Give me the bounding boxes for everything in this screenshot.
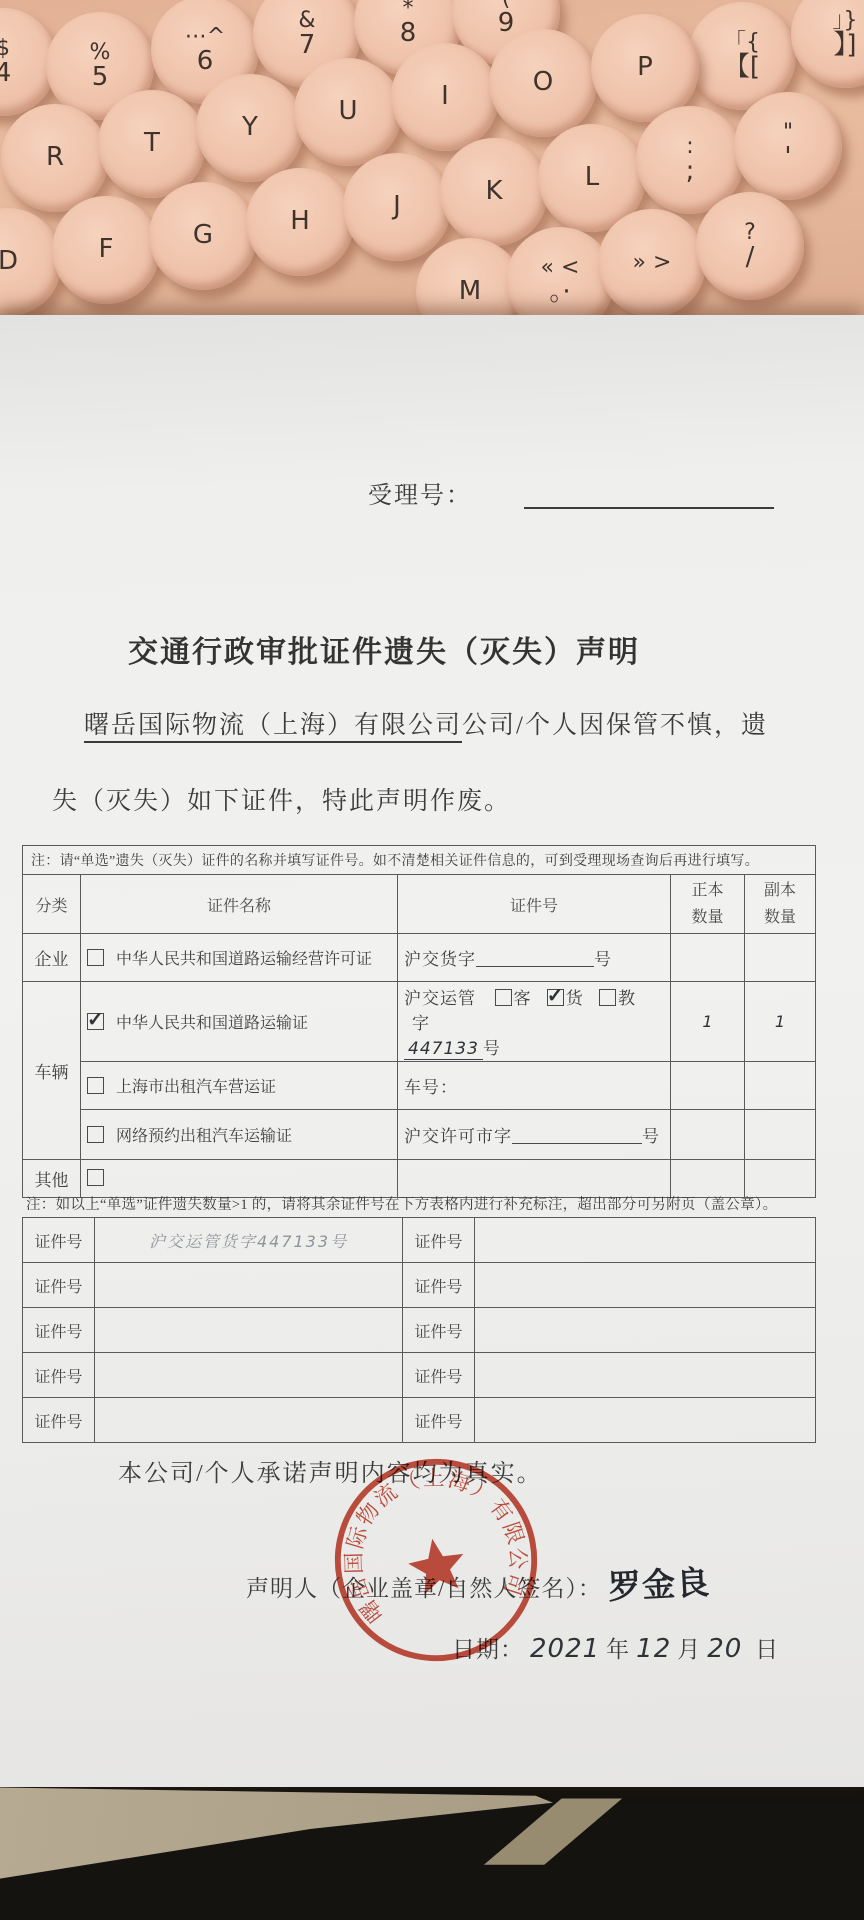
supp-value-empty <box>475 1218 816 1263</box>
key-g: G <box>149 182 257 290</box>
supp-row: 证件号 证件号 <box>23 1308 816 1353</box>
key-k: K <box>440 138 548 246</box>
category-enterprise: 企业 <box>23 934 81 982</box>
desk-floor <box>0 1782 864 1920</box>
supp-value-empty <box>475 1263 816 1308</box>
key-y: Y <box>196 74 304 182</box>
company-stamp: 曙岳国际物流（上海）有限公司 <box>311 1435 561 1685</box>
supp-value-empty <box>475 1308 816 1353</box>
supp-label: 证件号 <box>403 1263 475 1308</box>
supp-label: 证件号 <box>23 1263 95 1308</box>
header-category: 分类 <box>23 875 81 934</box>
copy-count-empty <box>745 934 816 982</box>
checkbox-unchecked <box>87 949 104 966</box>
supp-label: 证件号 <box>23 1353 95 1398</box>
key-u: U <box>294 58 402 166</box>
handwritten-cert-number: 447133 <box>404 1039 483 1060</box>
table-header-row: 分类 证件名称 证件号 正本数量 副本数量 <box>23 875 816 934</box>
checkbox-checked-icon <box>547 989 564 1006</box>
key-period: » > <box>598 209 706 317</box>
supplementary-note: 注：如以上“单选”证件遗失数量>1 的，请将其余证件号在下方表格内进行补充标注，… <box>26 1193 816 1214</box>
key-h: H <box>246 168 354 276</box>
original-count-empty <box>671 1062 745 1110</box>
row-enterprise: 企业 中华人民共和国道路运输经营许可证 沪交货字号 <box>23 934 816 982</box>
supp-label: 证件号 <box>403 1398 475 1443</box>
intro-line-2: 失（灭失）如下证件，特此声明作废。 <box>52 781 511 817</box>
supp-value-empty <box>95 1398 403 1443</box>
header-cert-name: 证件名称 <box>81 875 398 934</box>
checkbox-unchecked <box>87 1126 104 1143</box>
copy-count-empty <box>745 1110 816 1160</box>
header-cert-number: 证件号 <box>398 875 671 934</box>
supp-row: 证件号 证件号 <box>23 1398 816 1443</box>
key-o: O <box>489 29 597 137</box>
cert-name-road-license: 中华人民共和国道路运输经营许可证 <box>81 934 398 982</box>
acceptance-number-row: 受理号： <box>368 475 472 510</box>
supp-value-empty <box>475 1353 816 1398</box>
copy-count-value: 1 <box>745 982 816 1062</box>
original-count-value: 1 <box>671 982 745 1062</box>
supplementary-table: 证件号 沪交运管货字447133号 证件号 证件号 证件号 证件号 证件号 证件… <box>22 1217 816 1443</box>
cert-number-road-license: 沪交货字号 <box>398 934 671 982</box>
key-i: I <box>391 43 499 151</box>
cert-number-taxi: 车号： <box>398 1062 671 1110</box>
supp-label: 证件号 <box>23 1218 95 1263</box>
cert-name-transport: 中华人民共和国道路运输证 <box>81 982 398 1062</box>
key-j: J <box>343 153 451 261</box>
checkbox-unchecked <box>495 989 512 1006</box>
supp-value-empty <box>475 1398 816 1443</box>
row-transport-cert: 车辆 中华人民共和国道路运输证 沪交运管 客 货 教 字 447133号 1 1 <box>23 982 816 1062</box>
table-note-row: 注：请“单选”遗失（灭失）证件的名称并填写证件号。如不清楚相关证件信息的，可到受… <box>23 846 816 875</box>
supp-label: 证件号 <box>23 1398 95 1443</box>
keyboard: $4 %5 ⋯^6 &7 *8 (9 「{【[ 」}】] R T Y U I O… <box>0 0 864 318</box>
header-copy-count: 副本数量 <box>745 875 816 934</box>
desk-edge <box>0 1782 864 1920</box>
supp-label: 证件号 <box>403 1353 475 1398</box>
supp-row: 证件号 证件号 <box>23 1353 816 1398</box>
table-note: 注：请“单选”遗失（灭失）证件的名称并填写证件号。如不清楚相关证件信息的，可到受… <box>23 846 816 875</box>
photo-scene: $4 %5 ⋯^6 &7 *8 (9 「{【[ 」}】] R T Y U I O… <box>0 0 864 1920</box>
blank-line <box>476 952 594 967</box>
supp-label: 证件号 <box>403 1308 475 1353</box>
supp-row: 证件号 证件号 <box>23 1263 816 1308</box>
document-title: 交通行政审批证件遗失（灭失）声明 <box>128 627 640 671</box>
supp-value-empty <box>95 1353 403 1398</box>
certificate-table: 注：请“单选”遗失（灭失）证件的名称并填写证件号。如不清楚相关证件信息的，可到受… <box>22 845 816 1198</box>
category-vehicle: 车辆 <box>23 982 81 1160</box>
intro-line-1: 曙岳国际物流（上海）有限公司公司/个人因保管不慎，遗 <box>84 705 768 741</box>
supp-row: 证件号 沪交运管货字447133号 证件号 <box>23 1218 816 1263</box>
cert-number-online-taxi: 沪交许可市字号 <box>398 1110 671 1160</box>
blank-line <box>512 1129 642 1144</box>
stamp-star-icon <box>405 1534 469 1596</box>
intro-rest: 公司/个人因保管不慎，遗 <box>462 712 768 739</box>
acceptance-blank-line <box>524 507 774 509</box>
supp-label: 证件号 <box>403 1218 475 1263</box>
original-count-empty <box>671 1110 745 1160</box>
original-count-empty <box>671 934 745 982</box>
row-taxi-cert: 上海市出租汽车营运证 车号： <box>23 1062 816 1110</box>
company-name: 曙岳国际物流（上海）有限公司 <box>84 712 462 743</box>
checkbox-unchecked <box>87 1169 104 1186</box>
row-online-taxi-cert: 网络预约出租汽车运输证 沪交许可市字号 <box>23 1110 816 1160</box>
cert-number-transport: 沪交运管 客 货 教 字 447133号 <box>398 982 671 1062</box>
acceptance-label: 受理号： <box>368 483 472 509</box>
handwritten-month: 12 <box>630 1634 677 1664</box>
key-f: F <box>52 196 160 304</box>
cert-name-online-taxi: 网络预约出租汽车运输证 <box>81 1110 398 1160</box>
checkbox-unchecked <box>599 989 616 1006</box>
key-quote: "' <box>734 92 842 200</box>
header-original-count: 正本数量 <box>671 875 745 934</box>
cert-name-taxi: 上海市出租汽车营运证 <box>81 1062 398 1110</box>
copy-count-empty <box>745 1062 816 1110</box>
key-t: T <box>98 90 206 198</box>
signature-handwritten: 罗金良 <box>607 1556 711 1608</box>
key-r: R <box>1 104 109 212</box>
supp-value-empty <box>95 1263 403 1308</box>
handwritten-day: 20 <box>701 1634 748 1664</box>
key-bracket-close: 」}】] <box>791 0 864 88</box>
checkbox-unchecked <box>87 1077 104 1094</box>
supp-value: 沪交运管货字447133号 <box>95 1218 403 1263</box>
supp-value-empty <box>95 1308 403 1353</box>
supp-label: 证件号 <box>23 1308 95 1353</box>
checkbox-checked-icon <box>87 1013 104 1030</box>
handwritten-supp-number: 沪交运管货字447133号 <box>149 1232 348 1251</box>
key-slash: ?/ <box>696 192 804 300</box>
